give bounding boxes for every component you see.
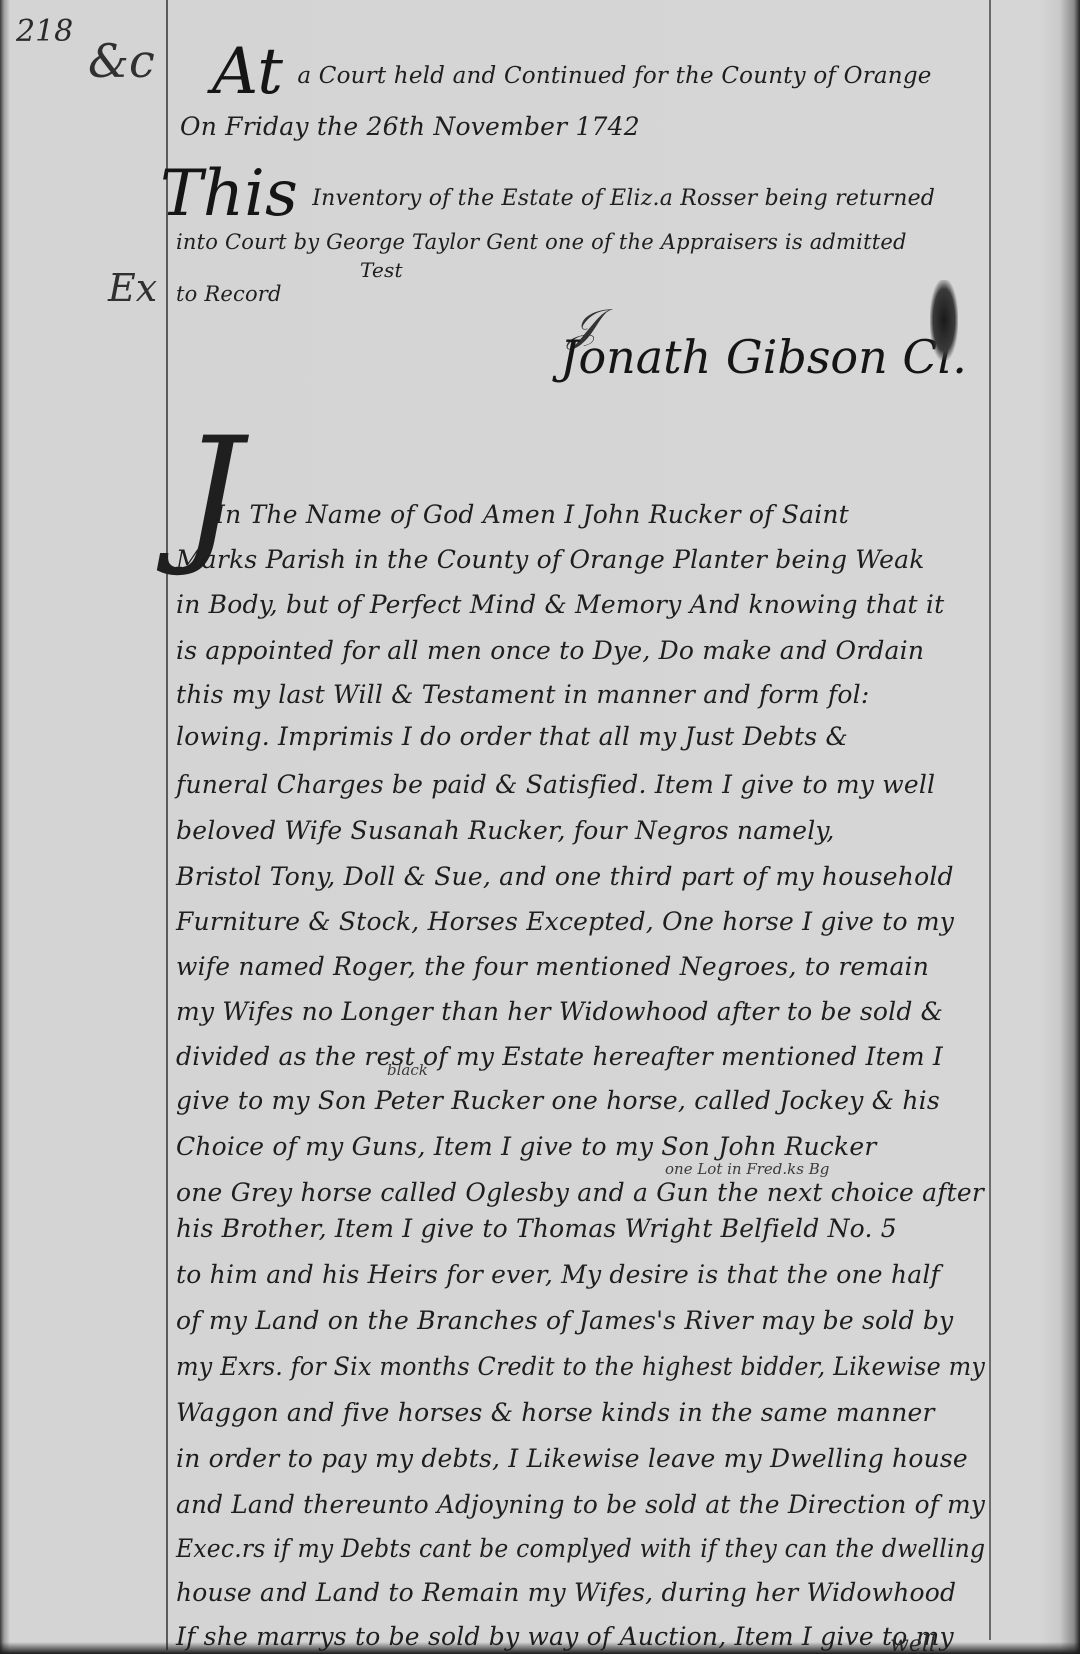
margin-examined-mark: Ex: [108, 266, 157, 310]
inventory-initial: This: [160, 157, 298, 231]
will-line: Choice of my Guns, Item I give to my Son…: [176, 1132, 877, 1161]
will-line: is appointed for all men once to Dye, Do…: [176, 636, 924, 665]
court-header-line-2: On Friday the 26th November 1742: [180, 112, 640, 141]
will-line: In The Name of God Amen I John Rucker of…: [215, 500, 849, 529]
will-line: house and Land to Remain my Wifes, durin…: [176, 1578, 956, 1607]
scanned-manuscript-page: 218 &c Ex At a Court held and Continued …: [0, 0, 1080, 1654]
interlinear-note-lot: one Lot in Fred.ks Bg: [665, 1160, 829, 1178]
interlinear-note-black: black: [387, 1061, 428, 1079]
will-line: my Exrs. for Six months Credit to the hi…: [176, 1352, 985, 1381]
inventory-line-1: This Inventory of the Estate of Eliz.a R…: [160, 162, 935, 226]
will-line: Exec.rs if my Debts cant be complyed wit…: [176, 1534, 985, 1563]
margin-flourish-mark: &c: [88, 34, 155, 88]
clerk-signature: Jonath Gibson Cl.: [560, 330, 967, 384]
court-header-line-1: At a Court held and Continued for the Co…: [212, 40, 932, 104]
will-line: wife named Roger, the four mentioned Neg…: [176, 952, 929, 981]
will-line: one Grey horse called Oglesby and a Gun …: [176, 1178, 984, 1207]
will-line: If she marrys to be sold by way of Aucti…: [176, 1622, 954, 1651]
inventory-line-3: to Record: [176, 282, 282, 306]
court-initial: At: [212, 35, 283, 109]
will-line: Marks Parish in the County of Orange Pla…: [176, 545, 925, 574]
folio-number: 218: [16, 14, 73, 49]
will-line: in order to pay my debts, I Likewise lea…: [176, 1444, 968, 1473]
right-margin-rule: [989, 0, 991, 1640]
inventory-line-2: into Court by George Taylor Gent one of …: [176, 230, 907, 254]
will-line: beloved Wife Susanah Rucker, four Negros…: [176, 816, 835, 845]
teste-label: Test: [360, 258, 403, 282]
left-margin-rule: [166, 0, 168, 1650]
will-line: in Body, but of Perfect Mind & Memory An…: [176, 590, 944, 619]
catchword: well: [890, 1632, 936, 1654]
will-line: give to my Son Peter Rucker one horse, c…: [176, 1086, 940, 1115]
inventory-text: Inventory of the Estate of Eliz.a Rosser…: [312, 186, 935, 211]
will-line: lowing. Imprimis I do order that all my …: [176, 722, 848, 751]
ink-blot: [930, 280, 958, 360]
will-line: this my last Will & Testament in manner …: [176, 680, 869, 709]
will-line: divided as the rest of my Estate hereaft…: [176, 1042, 943, 1071]
will-line: funeral Charges be paid & Satisfied. Ite…: [176, 770, 935, 799]
will-line: Bristol Tony, Doll & Sue, and one third …: [176, 862, 954, 891]
will-line: Furniture & Stock, Horses Excepted, One …: [176, 907, 954, 936]
will-line: to him and his Heirs for ever, My desire…: [176, 1260, 940, 1289]
will-line: of my Land on the Branches of James's Ri…: [176, 1306, 953, 1335]
will-line: my Wifes no Longer than her Widowhood af…: [176, 997, 943, 1026]
will-line: his Brother, Item I give to Thomas Wrigh…: [176, 1214, 897, 1243]
will-line: and Land thereunto Adjoyning to be sold …: [176, 1490, 985, 1519]
court-header-text: a Court held and Continued for the Count…: [297, 63, 931, 89]
will-line: Waggon and five horses & horse kinds in …: [176, 1398, 935, 1427]
